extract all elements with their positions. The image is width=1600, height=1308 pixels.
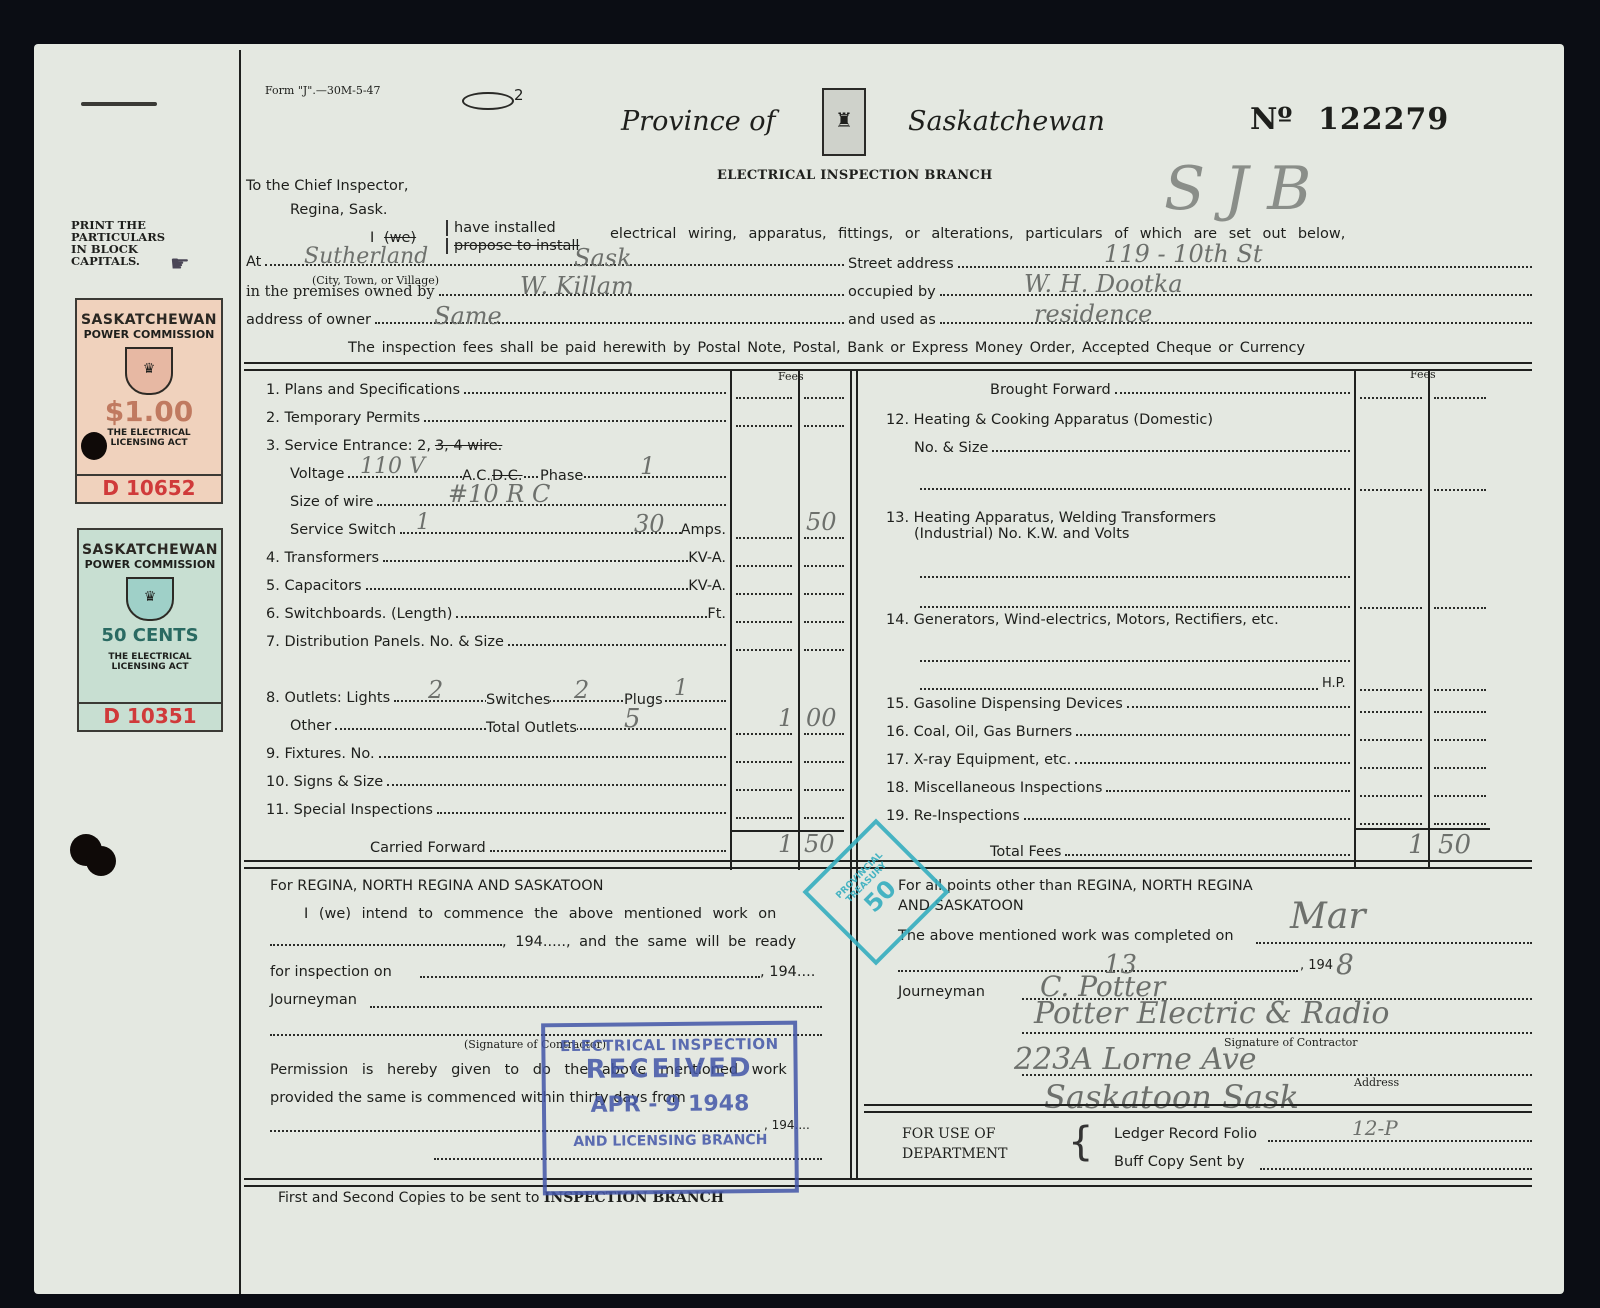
carried-forward-dollars: 1 <box>778 830 793 858</box>
fee-dollars-field[interactable] <box>1360 822 1422 825</box>
item-label: 18. Miscellaneous Inspections <box>886 780 1106 796</box>
print-notice: PRINT THE PARTICULARS IN BLOCK CAPITALS. <box>71 219 221 267</box>
right-item-row: 13. Heating Apparatus, Welding Transform… <box>886 510 1346 526</box>
inspection-date-field[interactable] <box>420 976 760 978</box>
fee-dollars-field[interactable] <box>736 816 792 819</box>
stamp-fifty-cents: SASKATCHEWAN POWER COMMISSION ♛ 50 CENTS… <box>77 528 223 732</box>
item-label: Size of wire <box>290 494 377 510</box>
fee-cents-field[interactable] <box>804 648 844 651</box>
fee-cents-field[interactable] <box>1434 606 1486 609</box>
fee-dollars-field[interactable] <box>736 536 792 539</box>
item-label: 6. Switchboards. (Length) <box>266 606 456 622</box>
punch-hole <box>86 846 116 876</box>
branch-name: ELECTRICAL INSPECTION BRANCH <box>717 168 993 183</box>
fee-cents-field[interactable] <box>1434 766 1486 769</box>
margin-rule <box>239 50 241 1294</box>
unit-label: KV-A. <box>688 578 726 594</box>
journeyman-label-right: Journeyman <box>898 984 985 1000</box>
fee-dollars-field[interactable] <box>1360 794 1422 797</box>
handwritten-value: #10 R C <box>448 480 550 508</box>
fee-dollars-field[interactable] <box>736 760 792 763</box>
field-occupied-by[interactable]: occupied by <box>848 284 1532 300</box>
brought-forward-row: Brought Forward <box>990 382 1350 398</box>
handwritten-mid_value: 1 <box>640 452 655 480</box>
form-number: 122279 <box>1318 102 1449 137</box>
ledger-field[interactable] <box>1268 1140 1532 1142</box>
fee-dollars-field[interactable] <box>1360 710 1422 713</box>
fee-col-rule <box>798 370 800 870</box>
unit-label: H.P. <box>1322 676 1346 691</box>
fee-cents-field[interactable] <box>804 816 844 819</box>
fee-cents-field[interactable] <box>804 592 844 595</box>
completed-label: The above mentioned work was completed o… <box>898 928 1234 944</box>
fee-dollars-field[interactable] <box>736 732 792 735</box>
item-label-line2: (Industrial) No. K.W. and Volts <box>914 526 1129 542</box>
fee-cents-field[interactable] <box>1434 794 1486 797</box>
contractor-value: Potter Electric & Radio <box>1034 996 1389 1031</box>
inline-label: Total Outlets <box>486 720 577 736</box>
handwritten-mid_value2: 1 <box>674 676 688 701</box>
fee-cents-field[interactable] <box>804 536 844 539</box>
left-item-row[interactable]: 11. Special Inspections <box>266 802 726 818</box>
regina-heading: For REGINA, NORTH REGINA AND SASKATOON <box>270 878 604 894</box>
fee-dollars-field[interactable] <box>1360 606 1422 609</box>
union-label-number: 2 <box>514 86 524 104</box>
center-rule <box>850 370 852 1178</box>
fee-cents-field[interactable] <box>804 620 844 623</box>
union-label-icon <box>462 92 514 110</box>
punch-hole <box>81 432 107 460</box>
fee-cents-field[interactable] <box>1434 688 1486 691</box>
stamp-one-dollar: SASKATCHEWAN POWER COMMISSION ♛ $1.00 TH… <box>75 298 223 504</box>
buff-copy-field[interactable] <box>1260 1168 1532 1170</box>
item-label: 13. Heating Apparatus, Welding Transform… <box>886 510 1220 526</box>
fee-dollars-field[interactable] <box>736 620 792 623</box>
ledger-label: Ledger Record Folio <box>1114 1126 1257 1142</box>
fee-cents-field[interactable] <box>1434 396 1486 399</box>
right-item-row[interactable]: 16. Coal, Oil, Gas Burners <box>886 724 1350 740</box>
right-item-row[interactable]: 15. Gasoline Dispensing Devices <box>886 696 1350 712</box>
item-label: Service Switch <box>290 522 400 538</box>
staple-mark <box>81 102 157 106</box>
ready-text: , 194....., and the same will be ready <box>502 934 796 950</box>
field-owner-address[interactable]: address of owner <box>246 312 844 328</box>
handwritten-value: 110 V <box>360 454 425 479</box>
item-label: 1. Plans and Specifications <box>266 382 464 398</box>
fee-dollars-field[interactable] <box>1360 396 1422 399</box>
completed-date-field[interactable] <box>1256 942 1532 944</box>
total-fees-row: Total Fees <box>990 844 1350 860</box>
title-province: Province of <box>621 106 776 137</box>
left-item-row[interactable]: 7. Distribution Panels. No. & Size <box>266 634 726 650</box>
coat-of-arms-icon: ♜ <box>822 88 866 156</box>
brace-icon: { <box>1068 1120 1093 1164</box>
item-label: 12. Heating & Cooking Apparatus (Domesti… <box>886 412 1217 428</box>
item-label: 19. Re-Inspections <box>886 808 1024 824</box>
occupied-value: W. H. Dootka <box>1024 270 1183 298</box>
fee-dollars-field[interactable] <box>736 648 792 651</box>
received-stamp: ELECTRICAL INSPECTION RECEIVED APR - 9 1… <box>541 1021 799 1196</box>
ledger-value: 12-P <box>1352 1116 1398 1140</box>
left-item-row[interactable]: 9. Fixtures. No. <box>266 746 726 762</box>
handwritten-mid_value: 5 <box>624 704 641 734</box>
stamp-serial: D 10652 <box>77 474 221 502</box>
blank-line-field[interactable] <box>920 488 1350 490</box>
declaration-statement: electrical wiring, apparatus, fittings, … <box>610 226 1530 242</box>
item-label: 3. Service Entrance: 2, <box>266 438 435 454</box>
left-item-row[interactable]: 1. Plans and Specifications <box>266 382 726 398</box>
item-label: 7. Distribution Panels. No. & Size <box>266 634 508 650</box>
left-item-row[interactable]: 5. CapacitorsKV-A. <box>266 578 726 594</box>
other-heading-1: For all points other than REGINA, NORTH … <box>898 878 1253 894</box>
blank-line-field[interactable] <box>920 660 1350 662</box>
item-label: Voltage <box>290 466 348 482</box>
contractor-signature-field-right[interactable] <box>1022 1032 1532 1034</box>
blank-line-field[interactable] <box>920 688 1318 690</box>
coat-of-arms-icon: ♛ <box>125 347 173 395</box>
inspection-form: PRINT THE PARTICULARS IN BLOCK CAPITALS.… <box>34 44 1564 1294</box>
fee-cents-field[interactable] <box>804 732 844 735</box>
completed-year-digit: 8 <box>1336 948 1354 981</box>
item-label: 16. Coal, Oil, Gas Burners <box>886 724 1076 740</box>
fee-cents-field[interactable] <box>1434 822 1486 825</box>
table-top-rule <box>244 362 1532 371</box>
stamp-serial: D 10351 <box>79 702 221 730</box>
completed-month: Mar <box>1290 896 1366 937</box>
buff-copy-label: Buff Copy Sent by <box>1114 1154 1245 1170</box>
fee-dollars-field[interactable] <box>1360 738 1422 741</box>
carried-forward-row: Carried Forward <box>370 840 726 856</box>
fees-note: The inspection fees shall be paid herewi… <box>348 340 1305 356</box>
fee-col-rule <box>1354 370 1356 868</box>
left-item-row[interactable]: 2. Temporary Permits <box>266 410 726 426</box>
department-label-1: FOR USE OF <box>902 1126 995 1142</box>
fee-cents-field[interactable] <box>804 564 844 567</box>
addressee-line2: Regina, Sask. <box>290 202 388 218</box>
left-item-row[interactable]: 3. Service Entrance: 2,3, 4 wire. <box>266 438 726 454</box>
city-value: Sutherland <box>304 244 428 269</box>
item-label: 15. Gasoline Dispensing Devices <box>886 696 1127 712</box>
owner-value: W. Killam <box>520 272 634 300</box>
left-item-row[interactable]: 10. Signs & Size <box>266 774 726 790</box>
used-as-value: residence <box>1034 300 1152 328</box>
initials-handwritten: S J B <box>1164 154 1311 224</box>
handwritten-value: 2 <box>428 676 443 704</box>
address-line1: 223A Lorne Ave <box>1014 1042 1257 1077</box>
fees-header-left: Fees <box>778 370 804 383</box>
province-value: Sask <box>574 244 632 272</box>
center-rule <box>856 370 858 1178</box>
fee-cents-field[interactable] <box>804 424 844 427</box>
form-code: Form "J".—30M-5-47 <box>265 84 381 97</box>
carried-forward-cents: 50 <box>804 830 835 858</box>
intend-text: I (we) intend to commence the above ment… <box>304 906 776 922</box>
total-fees-cents: 50 <box>1438 830 1471 860</box>
item-sublabel: No. & Size <box>914 440 992 456</box>
right-item-row[interactable]: 19. Re-Inspections <box>886 808 1350 824</box>
copies-note-text: First and Second Copies to be sent to <box>278 1190 539 1206</box>
fee-dollars-field[interactable] <box>736 424 792 427</box>
fee-dollars-field[interactable] <box>1360 488 1422 491</box>
option-installed: have installed <box>446 220 556 236</box>
item-label: 10. Signs & Size <box>266 774 387 790</box>
right-item-row[interactable]: No. & Size <box>914 440 1350 456</box>
fee-col-rule <box>1428 370 1430 868</box>
item-label: 5. Capacitors <box>266 578 366 594</box>
fee-dollars-field[interactable] <box>1360 766 1422 769</box>
owner-address-value: Same <box>434 302 502 330</box>
fees-header-right: Fees <box>1410 368 1436 381</box>
right-item-row: 12. Heating & Cooking Apparatus (Domesti… <box>886 412 1346 428</box>
item-label: 8. Outlets: Lights <box>266 690 394 706</box>
journeyman-field-left[interactable] <box>370 1006 822 1008</box>
fee-cents-field[interactable] <box>1434 710 1486 713</box>
left-item-row[interactable]: 6. Switchboards. (Length)Ft. <box>266 606 726 622</box>
handwritten-fee_cents: 00 <box>806 704 837 732</box>
item-label: 2. Temporary Permits <box>266 410 424 426</box>
address-label: Address <box>1354 1076 1399 1089</box>
street-value: 119 - 10th St <box>1104 240 1263 268</box>
handwritten-amps_value: 30 <box>634 510 665 538</box>
pointing-hand-icon: ☛ <box>170 252 190 277</box>
footer-rule <box>244 1178 1532 1187</box>
total-fees-dollars: 1 <box>1408 830 1425 860</box>
fee-cents-field[interactable] <box>1434 738 1486 741</box>
unit-label: Ft. <box>707 606 726 622</box>
item-label: 17. X-ray Equipment, etc. <box>886 752 1075 768</box>
fee-cents-field[interactable] <box>804 396 844 399</box>
department-label-2: DEPARTMENT <box>902 1146 1007 1162</box>
item-label: 11. Special Inspections <box>266 802 437 818</box>
unit-label: Amps. <box>681 522 726 538</box>
blank-line-field[interactable] <box>920 606 1350 608</box>
field-used-as[interactable]: and used as <box>848 312 1532 328</box>
fee-dollars-field[interactable] <box>736 396 792 399</box>
item-label: Other <box>290 718 335 734</box>
fee-dollars-field[interactable] <box>736 788 792 791</box>
inline-label: Switches <box>486 692 550 708</box>
option-propose: propose to install <box>446 238 579 254</box>
fee-col-rule <box>730 370 732 870</box>
department-top-rule <box>864 1104 1532 1113</box>
right-item-row: 14. Generators, Wind-electrics, Motors, … <box>886 612 1346 628</box>
handwritten-value: 1 <box>416 510 430 535</box>
fee-dollars-field[interactable] <box>736 564 792 567</box>
fee-cents-field[interactable] <box>804 760 844 763</box>
handwritten-fee_cents: 50 <box>806 508 837 536</box>
inspection-label: for inspection on <box>270 964 392 980</box>
right-item-row[interactable]: 18. Miscellaneous Inspections <box>886 780 1350 796</box>
addressee-line1: To the Chief Inspector, <box>246 178 409 194</box>
left-item-row[interactable]: 4. TransformersKV-A. <box>266 550 726 566</box>
item-label: 14. Generators, Wind-electrics, Motors, … <box>886 612 1283 628</box>
right-item-row[interactable]: 17. X-ray Equipment, etc. <box>886 752 1350 768</box>
struck-text: 3, 4 wire. <box>435 438 502 454</box>
completed-year-prefix: , 194 <box>1300 958 1333 973</box>
fee-cents-field[interactable] <box>804 788 844 791</box>
commence-date-field[interactable] <box>270 944 502 946</box>
form-number-prefix: Nº <box>1250 102 1292 137</box>
item-label: 9. Fixtures. No. <box>266 746 379 762</box>
blank-line-field[interactable] <box>920 576 1350 578</box>
item-label: 4. Transformers <box>266 550 383 566</box>
coat-of-arms-icon: ♛ <box>126 577 174 621</box>
handwritten-mid_value: 2 <box>574 676 589 704</box>
handwritten-fee_dollars: 1 <box>778 704 793 732</box>
inspection-year: , 194.... <box>760 964 815 980</box>
title-saskatchewan: Saskatchewan <box>908 106 1105 137</box>
fee-dollars-field[interactable] <box>736 592 792 595</box>
journeyman-label-left: Journeyman <box>270 992 357 1008</box>
fee-cents-field[interactable] <box>1434 488 1486 491</box>
unit-label: KV-A. <box>688 550 726 566</box>
fee-dollars-field[interactable] <box>1360 688 1422 691</box>
